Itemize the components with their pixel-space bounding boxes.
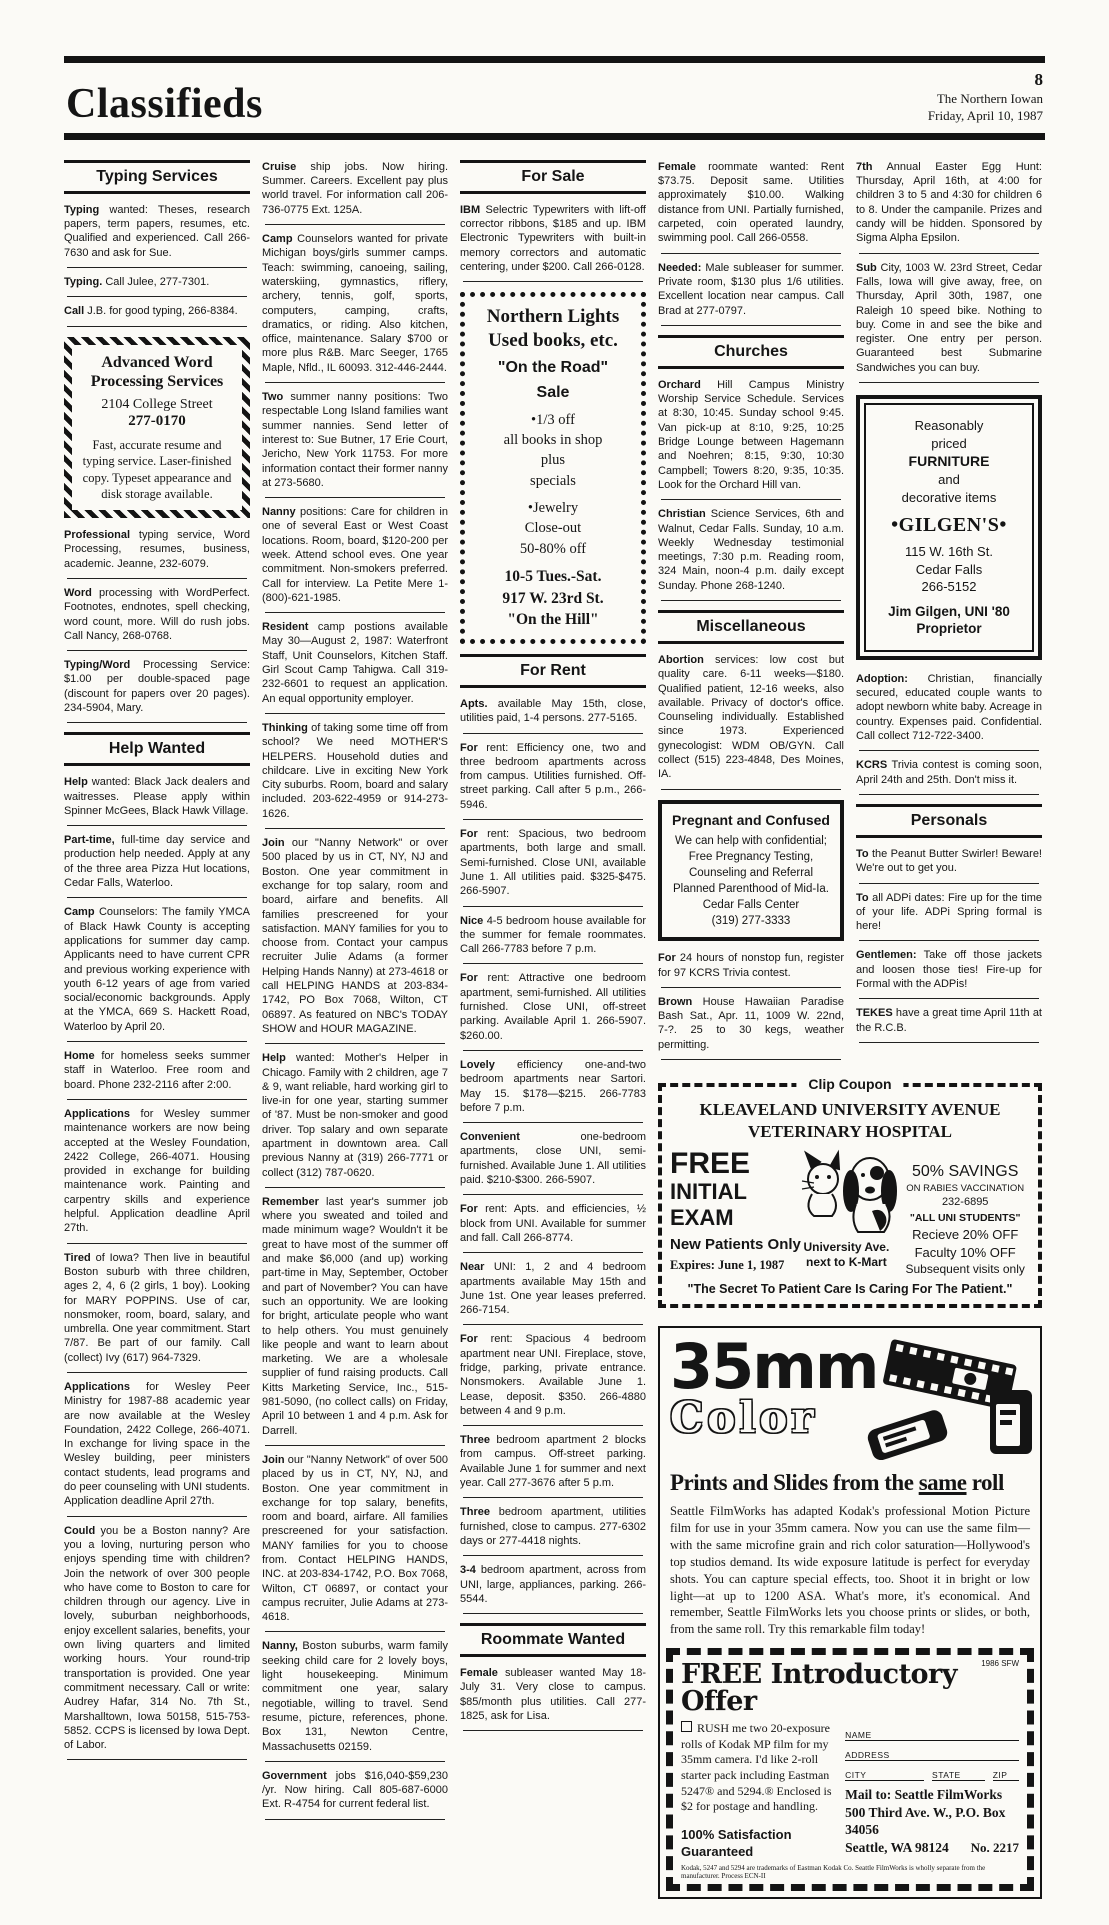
divider — [265, 1187, 445, 1188]
offer-line: FREE — [670, 1149, 792, 1179]
column-4: Female roommate wanted: Rent $73.75. Dep… — [658, 160, 844, 1067]
ad-lead: Join — [262, 837, 285, 849]
tagline-text: roll — [967, 1470, 1004, 1495]
divider — [661, 1059, 841, 1060]
ad-lead: KCRS — [856, 759, 887, 771]
divider — [661, 253, 841, 254]
classified-ad: Camp Counselors wanted for private Michi… — [262, 232, 448, 375]
ad-subtitle: Sale — [468, 383, 638, 403]
ad-address: 2104 College Street — [77, 397, 237, 413]
ad-body: Call Julee, 277-7301. — [102, 276, 209, 288]
offer-title: FREE Introductory Offer — [681, 1661, 1019, 1715]
ad-line: Free Pregnancy Testing, — [666, 849, 836, 865]
ad-phone: 277-0170 — [77, 413, 237, 430]
classified-ad: Home for homeless seeks summer staff in … — [64, 1049, 250, 1092]
divider — [463, 1497, 643, 1498]
mail-to-address: Mail to: Seattle FilmWorks 500 Third Ave… — [845, 1786, 1019, 1856]
coupon-number: No. 2217 — [971, 1840, 1019, 1857]
name-field[interactable]: NAME — [845, 1721, 1019, 1741]
ad-body: Boston suburbs, warm family seeking chil… — [262, 1640, 448, 1752]
divider — [265, 1819, 445, 1820]
ad-lead: Camp — [64, 906, 95, 918]
coupon-offer: FREE INITIAL EXAM New Patients Only Expi… — [670, 1149, 792, 1273]
divider — [67, 326, 247, 327]
ad-lead: Female — [460, 1667, 498, 1679]
ad-hours-address: 10-5 Tues.-Sat. 917 W. 23rd St. "On the … — [468, 566, 638, 631]
masthead-info: 8 The Northern Iowan Friday, April 10, 1… — [928, 69, 1043, 125]
ad-body: for Wesley Peer Ministry for 1987-88 aca… — [64, 1381, 250, 1507]
column-2: Cruise ship jobs. Now hiring. Summer. Ca… — [262, 160, 448, 1827]
offer-body-text: RUSH me two 20-exposure rolls of Kodak M… — [681, 1721, 832, 1813]
coupon-savings: 50% SAVINGS ON RABIES VACCINATION 232-68… — [900, 1149, 1030, 1276]
divider — [265, 612, 445, 613]
ad-body: Selectric Typewriters with lift-off corr… — [460, 204, 646, 273]
ad-phone: 266-5152 — [872, 578, 1026, 596]
section-header-help-wanted: Help Wanted — [64, 732, 250, 766]
divider — [463, 1194, 643, 1195]
divider — [67, 267, 247, 268]
column-5: 7th Annual Easter Egg Hunt: Thursday, Ap… — [856, 160, 1042, 1050]
divider — [463, 819, 643, 820]
offer-line: INITIAL — [670, 1179, 792, 1204]
ad-subtitle: "On the Road" — [468, 358, 638, 378]
cat-and-dog-illustration-icon — [792, 1222, 902, 1239]
classified-ad: Near UNI: 1, 2 and 4 bedroom apartments … — [460, 1260, 646, 1317]
ad-lead: Call — [64, 305, 84, 317]
ad-lead: Three — [460, 1434, 490, 1446]
city-field[interactable]: CITY — [845, 1761, 924, 1781]
hospital-tagline: "The Secret To Patient Care Is Caring Fo… — [670, 1282, 1030, 1296]
gilgens-furniture-ad-inner: Reasonably priced FURNITURE and decorati… — [864, 403, 1034, 652]
ad-lead: For — [460, 972, 478, 984]
divider — [67, 578, 247, 579]
ad-title: Northern Lights — [468, 305, 638, 329]
ad-lead: Christian — [658, 508, 706, 520]
divider — [859, 1042, 1039, 1043]
classified-ad: For rent: Spacious, two bedroom apartmen… — [460, 827, 646, 898]
ad-line: and — [872, 471, 1026, 489]
classified-ad: Convenient one-bedroom apartments, close… — [460, 1130, 646, 1187]
ad-address: Cedar Falls — [872, 561, 1026, 579]
classified-ad: For rent: Efficiency one, two and three … — [460, 741, 646, 812]
offer-line: •Jewelry — [468, 498, 638, 518]
ad-lead: Tired — [64, 1252, 91, 1264]
classified-ad: For 24 hours of nonstop fun, register fo… — [658, 951, 844, 980]
ad-lead: Resident — [262, 621, 308, 633]
ad-address: 115 W. 16th St. — [872, 543, 1026, 561]
tagline-text: Prints and Slides from the — [670, 1470, 919, 1495]
location-line: next to K-Mart — [792, 1255, 900, 1270]
classified-ad: Two summer nanny positions: Two respecta… — [262, 390, 448, 490]
proprietor-line: Jim Gilgen, UNI '80Proprietor — [872, 603, 1026, 638]
ad-body: rent: Apts. and efficiencies, ½ block fr… — [460, 1203, 646, 1244]
divider — [265, 497, 445, 498]
tagline: "On the Hill" — [468, 609, 638, 631]
ad-lead: To — [856, 892, 869, 904]
ad-line: We can help with confidential; — [666, 833, 836, 849]
discount-line: Faculty 10% OFF — [900, 1245, 1030, 1260]
divider — [859, 883, 1039, 884]
divider — [67, 296, 247, 297]
ad-title: Used books, etc. — [468, 329, 638, 353]
divider — [859, 794, 1039, 795]
ad-body: summer nanny positions: Two respectable … — [262, 391, 448, 489]
state-field[interactable]: STATE — [932, 1761, 985, 1781]
ad-body: for Wesley summer maintenance workers ar… — [64, 1108, 250, 1234]
divider — [859, 253, 1039, 254]
ad-lead: TEKES — [856, 1007, 893, 1019]
ad-offer: •1/3 off all books in shop plus specials — [468, 410, 638, 491]
divider — [859, 750, 1039, 751]
ad-body: wanted: Black Jack dealers and waitresse… — [64, 776, 250, 817]
classified-ad: Applications for Wesley summer maintenan… — [64, 1107, 250, 1236]
seattle-filmworks-ad: 35mm Color — [658, 1326, 1042, 1898]
ad-body: rent: Spacious, two bedroom apartments, … — [460, 828, 646, 897]
savings-line: 50% SAVINGS — [900, 1163, 1030, 1181]
classified-ad: Word processing with WordPerfect. Footno… — [64, 586, 250, 643]
classified-ad: Tired of Iowa? Then live in beautiful Bo… — [64, 1251, 250, 1365]
offer-line: 50-80% off — [468, 539, 638, 559]
ad-line: Cedar Falls Center — [666, 897, 836, 913]
ad-body: 4-5 bedroom house available for the summ… — [460, 915, 646, 956]
masthead: Classifieds 8 The Northern Iowan Friday,… — [64, 63, 1045, 133]
ad-body: you be a Boston nanny? Are you a loving,… — [64, 1525, 250, 1751]
ad-lead: Nice — [460, 915, 483, 927]
ad-lead: Nanny, — [262, 1640, 298, 1652]
classified-ad: For rent: Attractive one bedroom apartme… — [460, 971, 646, 1042]
ad-lead: Typing. — [64, 276, 102, 288]
classified-ad: Gentlemen: Take off those jackets and lo… — [856, 948, 1042, 991]
classified-ad: Nice 4-5 bedroom house available for the… — [460, 914, 646, 957]
classified-ad: Apts. available May 15th, close, utiliti… — [460, 697, 646, 726]
clip-coupon-label: Clip Coupon — [796, 1076, 903, 1092]
ad-lead: Sub — [856, 262, 877, 274]
offer-line: Close-out — [468, 518, 638, 538]
ad-lead: Three — [460, 1506, 490, 1518]
ad-body: Fast, accurate resume and typing service… — [77, 437, 237, 502]
tagline-underlined-word: same — [919, 1470, 967, 1495]
filmworks-headline: 35mm Color — [670, 1338, 1030, 1468]
ad-offer: •Jewelry Close-out 50-80% off — [468, 498, 638, 559]
filmworks-body-copy: Seattle FilmWorks has adapted Kodak's pr… — [670, 1503, 1030, 1638]
offer-left-column: RUSH me two 20-exposure rolls of Kodak M… — [681, 1721, 833, 1860]
offer-line: plus — [468, 450, 638, 470]
ad-lead: Join — [262, 1454, 285, 1466]
classified-ad: Part-time, full-time day service and pro… — [64, 833, 250, 890]
ad-body: Annual Easter Egg Hunt: Thursday, April … — [856, 161, 1042, 244]
ad-lead: Government — [262, 1770, 327, 1782]
proprietor-title: Proprietor — [916, 621, 981, 636]
classified-ad: Typing wanted: Theses, research papers, … — [64, 203, 250, 260]
divider — [265, 382, 445, 383]
ad-lead: Professional — [64, 529, 130, 541]
ad-lead: Brown — [658, 996, 692, 1008]
classified-ad: Cruise ship jobs. Now hiring. Summer. Ca… — [262, 160, 448, 217]
divider — [463, 1050, 643, 1051]
ad-title: Advanced Word — [77, 353, 237, 372]
section-header-churches: Churches — [658, 335, 844, 369]
ad-line: priced — [872, 435, 1026, 453]
classified-ad: Government jobs $16,040-$59,230 /yr. Now… — [262, 1769, 448, 1812]
hospital-name: KLEAVELAND UNIVERSITY AVENUE — [670, 1099, 1030, 1121]
ad-lead: Abortion — [658, 654, 704, 666]
issue-date: Friday, April 10, 1987 — [928, 108, 1043, 125]
phone-line: 232-6895 — [900, 1196, 1030, 1208]
divider — [661, 600, 841, 601]
classified-ad: 7th Annual Easter Egg Hunt: Thursday, Ap… — [856, 160, 1042, 246]
classified-ad: 3-4 bedroom apartment, across from UNI, … — [460, 1563, 646, 1606]
location-line: University Ave. — [792, 1240, 900, 1255]
ad-lead: Typing — [64, 204, 99, 216]
classified-ad: Female roommate wanted: Rent $73.75. Dep… — [658, 160, 844, 246]
discount-line: Recieve 20% OFF — [900, 1227, 1030, 1242]
ad-body: the Peanut Butter Swirler! Beware! We're… — [856, 848, 1042, 874]
ad-lead: Part-time, — [64, 834, 115, 846]
ad-lead: Near — [460, 1261, 484, 1273]
classified-ad: Three bedroom apartment 2 blocks from ca… — [460, 1433, 646, 1490]
ad-lead: 7th — [856, 161, 873, 173]
masthead-bottom-rule — [64, 133, 1045, 140]
ad-body: rent: Spacious 4 bedroom apartment near … — [460, 1333, 646, 1416]
ad-body: Counselors wanted for private Michigan b… — [262, 233, 448, 374]
masthead-top-rule — [64, 56, 1045, 63]
classified-ad: Nanny, Boston suburbs, warm family seeki… — [262, 1639, 448, 1753]
ad-lead: Gentlemen: — [856, 949, 917, 961]
ad-body: processing with WordPerfect. Footnotes, … — [64, 587, 250, 642]
section-header-for-rent: For Rent — [460, 654, 646, 688]
divider — [67, 650, 247, 651]
ad-body: camp postions available May 30—August 2,… — [262, 621, 448, 704]
classified-ad: To the Peanut Butter Swirler! Beware! We… — [856, 847, 1042, 876]
divider — [661, 325, 841, 326]
hospital-name: VETERINARY HOSPITAL — [670, 1121, 1030, 1143]
ad-lead: Help — [262, 1052, 286, 1064]
savings-line: ON RABIES VACCINATION — [900, 1183, 1030, 1194]
film-rolls-illustration-icon — [856, 1338, 1034, 1465]
divider — [463, 1122, 643, 1123]
address-line: 917 W. 23rd St. — [468, 588, 638, 610]
ad-lead: Applications — [64, 1108, 130, 1120]
offer-line: •1/3 off — [468, 410, 638, 430]
right-section: Female roommate wanted: Rent $73.75. Dep… — [658, 160, 1042, 1899]
classified-ad: To all ADPi dates: Fire up for the time … — [856, 891, 1042, 934]
ad-lead: Could — [64, 1525, 95, 1537]
ad-lead: For — [460, 1333, 478, 1345]
classified-ad: For rent: Spacious 4 bedroom apartment n… — [460, 1332, 646, 1418]
divider — [265, 1631, 445, 1632]
ad-lead: Remember — [262, 1196, 319, 1208]
coupon-code: 1986 SFW — [981, 1659, 1019, 1668]
coupon-center: University Ave. next to K-Mart — [792, 1149, 900, 1270]
classified-ad: Orchard Hill Campus Ministry Worship Ser… — [658, 378, 844, 492]
classifieds-columns: Typing Services Typing wanted: Theses, r… — [64, 160, 1045, 1899]
divider — [67, 825, 247, 826]
ad-body: last year's summer job where you sweated… — [262, 1196, 448, 1437]
planned-parenthood-ad: Pregnant and Confused We can help with c… — [658, 800, 844, 942]
ad-lead: For — [460, 742, 478, 754]
mail-line: Seattle, WA 98124 — [845, 1839, 949, 1857]
ad-lead: Applications — [64, 1381, 130, 1393]
ad-line: FURNITURE — [872, 452, 1026, 471]
ad-body: rent: Attractive one bedroom apartment, … — [460, 972, 646, 1041]
divider — [67, 1516, 247, 1517]
ad-body: positions: Care for children in one of s… — [262, 506, 448, 604]
free-introductory-offer-coupon: 1986 SFW FREE Introductory Offer RUSH me… — [666, 1648, 1034, 1890]
classified-ad: Brown House Hawaiian Paradise Bash Sat.,… — [658, 995, 844, 1052]
divider — [463, 733, 643, 734]
ad-lead: Two — [262, 391, 283, 403]
filmworks-tagline: Prints and Slides from the same roll — [670, 1470, 1030, 1496]
divider — [265, 224, 445, 225]
classified-ad: Three bedroom apartment, utilities furni… — [460, 1505, 646, 1548]
ad-lead: Needed: — [658, 262, 701, 274]
zip-field[interactable]: ZIP — [993, 1761, 1019, 1781]
divider — [463, 1425, 643, 1426]
divider — [265, 713, 445, 714]
divider — [67, 1372, 247, 1373]
classified-ad: Resident camp postions available May 30—… — [262, 620, 448, 706]
ad-line: Reasonably — [872, 417, 1026, 435]
address-field[interactable]: ADDRESS — [845, 1741, 1019, 1761]
divider — [859, 940, 1039, 941]
ad-lead: Nanny — [262, 506, 296, 518]
fine-print: Kodak, 5247 and 5294 are trademarks of E… — [681, 1864, 1019, 1880]
divider — [67, 1099, 247, 1100]
ad-lead: For — [460, 828, 478, 840]
classified-ad: For rent: Apts. and efficiencies, ½ bloc… — [460, 1202, 646, 1245]
classified-ad: Female subleaser wanted May 18-July 31. … — [460, 1666, 646, 1723]
ad-body: of Iowa? Then live in beautiful Boston s… — [64, 1252, 250, 1364]
checkbox-icon[interactable] — [681, 1721, 692, 1732]
ad-title: Pregnant and Confused — [666, 812, 836, 828]
ad-body: 24 hours of nonstop fun, register for 97… — [658, 952, 844, 978]
discount-note: Subsequent visits only — [900, 1262, 1030, 1276]
ad-body: services: low cost but quality care. 6-1… — [658, 654, 844, 780]
divider — [265, 1445, 445, 1446]
ad-body: our "Nanny Network" or over 500 placed b… — [262, 837, 448, 1035]
divider — [265, 1043, 445, 1044]
ad-lead: Thinking — [262, 722, 308, 734]
classified-ad: KCRS Trivia contest is coming soon, Apri… — [856, 758, 1042, 787]
divider — [265, 828, 445, 829]
gilgens-furniture-ad: Reasonably priced FURNITURE and decorati… — [856, 395, 1042, 660]
ad-body: wanted: Mother's Helper in Chicago. Fami… — [262, 1052, 448, 1178]
hours-line: 10-5 Tues.-Sat. — [468, 566, 638, 588]
ad-body: J.B. for good typing, 266-8384. — [84, 305, 238, 317]
ad-body: City, 1003 W. 23rd Street, Cedar Falls, … — [856, 262, 1042, 374]
divider — [859, 382, 1039, 383]
classified-ad: Join our "Nanny Network" or over 500 pla… — [262, 836, 448, 1036]
classified-ad: IBM Selectric Typewriters with lift-off … — [460, 203, 646, 274]
section-header-for-sale: For Sale — [460, 160, 646, 194]
classified-ad: Typing/Word Processing Service: $1.00 pe… — [64, 658, 250, 715]
divider — [463, 281, 643, 282]
ad-body: Counselors: The family YMCA of Black Haw… — [64, 906, 250, 1032]
offer-line: specials — [468, 471, 638, 491]
classified-ad: Christian Science Services, 6th and Waln… — [658, 507, 844, 593]
ad-lead: Word — [64, 587, 92, 599]
ad-body: bedroom apartment, across from UNI, larg… — [460, 1564, 646, 1605]
ad-lead: Help — [64, 776, 88, 788]
classified-ad: Typing. Call Julee, 277-7301. — [64, 275, 250, 289]
classified-ad: Help wanted: Mother's Helper in Chicago.… — [262, 1051, 448, 1180]
new-patients-line: New Patients Only — [670, 1236, 792, 1253]
ad-body: of taking some time off from school? We … — [262, 722, 448, 820]
ad-lead: IBM — [460, 204, 480, 216]
classified-ad: TEKES have a great time April 11th at th… — [856, 1006, 1042, 1035]
offer-line: EXAM — [670, 1205, 792, 1230]
classified-ad: Camp Counselors: The family YMCA of Blac… — [64, 905, 250, 1034]
section-header-miscellaneous: Miscellaneous — [658, 610, 844, 644]
classified-ad: Could you be a Boston nanny? Are you a l… — [64, 1524, 250, 1753]
section-header-roommate-wanted: Roommate Wanted — [460, 1623, 646, 1657]
ad-lead: Orchard — [658, 379, 701, 391]
divider — [67, 1041, 247, 1042]
column-3: For Sale IBM Selectric Typewriters with … — [460, 160, 646, 1738]
ad-body: UNI: 1, 2 and 4 bedroom apartments avail… — [460, 1261, 646, 1316]
ad-body: all ADPi dates: Fire up for the time of … — [856, 892, 1042, 933]
column-1: Typing Services Typing wanted: Theses, r… — [64, 160, 250, 1768]
ad-lead: Camp — [262, 233, 293, 245]
divider — [463, 1555, 643, 1556]
advanced-word-processing-ad-inner: Advanced Word Processing Services 2104 C… — [72, 345, 242, 510]
classified-ad: Nanny positions: Care for children in on… — [262, 505, 448, 605]
divider — [67, 1759, 247, 1760]
ad-body: roommate wanted: Rent $73.75. Deposit sa… — [658, 161, 844, 244]
divider — [661, 789, 841, 790]
guarantee-line: 100% Satisfaction Guaranteed — [681, 1827, 833, 1861]
ad-body: our "Nanny Network" of over 500 placed b… — [262, 1454, 448, 1623]
page-title: Classifieds — [66, 83, 263, 125]
classified-ad: Lovely efficiency one-and-two bedroom ap… — [460, 1058, 646, 1115]
ad-lead: Typing/Word — [64, 659, 130, 671]
classified-ad: Professional typing service, Word Proces… — [64, 528, 250, 571]
divider — [265, 1761, 445, 1762]
divider — [463, 1613, 643, 1614]
page-number: 8 — [928, 69, 1043, 91]
ad-phone: (319) 277-3333 — [666, 913, 836, 929]
expiration-line: Expires: June 1, 1987 — [670, 1258, 792, 1273]
ad-title: Processing Services — [77, 372, 237, 391]
ad-body: rent: Efficiency one, two and three bedr… — [460, 742, 646, 811]
divider — [67, 722, 247, 723]
classified-ad: Help wanted: Black Jack dealers and wait… — [64, 775, 250, 818]
ad-lead: To — [856, 848, 869, 860]
divider — [463, 963, 643, 964]
divider — [661, 987, 841, 988]
divider — [661, 499, 841, 500]
mail-line: 500 Third Ave. W., P.O. Box 34056 — [845, 1804, 1019, 1839]
kleaveland-veterinary-coupon: Clip Coupon KLEAVELAND UNIVERSITY AVENUE… — [658, 1083, 1042, 1308]
ad-body: available May 15th, close, utilities pai… — [460, 698, 646, 724]
ad-line: Counseling and Referral — [666, 865, 836, 881]
ad-lead: For — [460, 1203, 478, 1215]
mail-line: Mail to: Seattle FilmWorks — [845, 1786, 1019, 1804]
offer-form: NAME ADDRESS CITY STATE ZIP Mail to: Sea… — [845, 1721, 1019, 1860]
ad-lead: Apts. — [460, 698, 488, 710]
classified-ad: Thinking of taking some time off from sc… — [262, 721, 448, 821]
divider — [67, 897, 247, 898]
proprietor-name: Jim Gilgen, UNI '80 — [888, 604, 1010, 619]
section-header-typing-services: Typing Services — [64, 160, 250, 194]
ad-line: decorative items — [872, 489, 1026, 507]
ad-lead: Cruise — [262, 161, 296, 173]
ad-lead: For — [658, 952, 676, 964]
ad-line: Planned Parenthood of Mid-Ia. — [666, 881, 836, 897]
classified-ad: Applications for Wesley Peer Ministry fo… — [64, 1380, 250, 1509]
ad-lead: Adoption: — [856, 673, 908, 685]
offer-line: all books in shop — [468, 430, 638, 450]
